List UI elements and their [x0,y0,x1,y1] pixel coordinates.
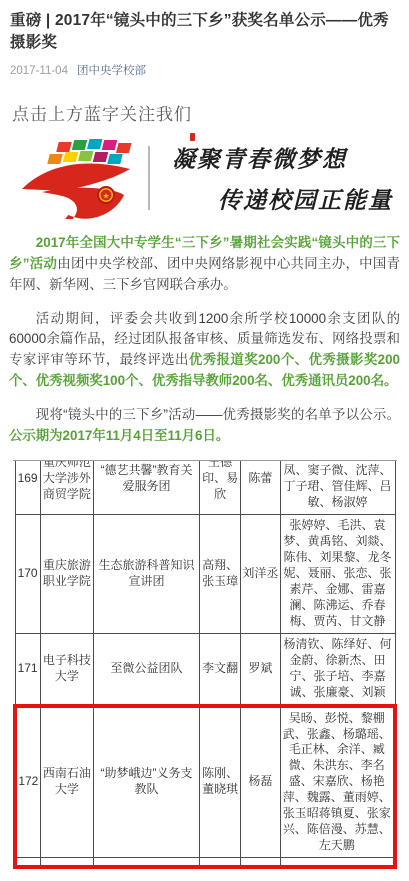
article-title: 重磅 | 2017年“镜头中的三下乡”获奖名单公示——优秀摄影奖 [10,10,399,53]
cell-leaders: 高翔、张玉璋 [199,515,240,634]
cell-school: 重庆旅游职业学院 [40,515,93,634]
cell-team: 生态旅游科普知识宣讲团 [94,515,200,634]
cell-no: 169 [15,460,40,514]
cell-team: 至微公益团队 [94,633,200,705]
slogan-line-2: 传递校园正能量 [160,182,395,215]
cell-team: “德艺共馨”教育关爱服务团 [94,460,200,514]
cell-school: 西南石油大学 [40,706,93,858]
cell-teacher: 杨磊 [241,706,280,858]
table-row-170: 170 重庆旅游职业学院 生态旅游科普知识宣讲团 高翔、张玉璋 刘洋丞 张婷婷、… [15,515,395,634]
cell-members: 杨清钦、陈绎好、何金蔚、徐新杰、田宁、张子培、李嘉诚、张廉豪、刘颖 [280,633,395,705]
slogan-line-1: 凝聚青春微梦想 [160,141,395,174]
cell-leaders: 陈刚、董晓琪 [199,706,240,858]
table-row-171: 171 电子科技大学 至微公益团队 李文翻 罗斌 杨清钦、陈绎好、何金蔚、徐新杰… [15,633,395,705]
cell-school: 重庆师范大学涉外商贸学院 [40,460,93,514]
seal-dot [190,133,195,141]
cell-teacher: 刘洋丞 [241,515,280,634]
youth-league-logo-icon: ★ [18,137,140,219]
follow-hint-text: 点击上方蓝字关注我们 [12,100,399,125]
cell-members: 张婷婷、毛洪、袁梦、黄禹铭、刘燚、陈伟、刘果黎、龙冬妮、聂丽、张恋、张素芹、金娜… [280,515,395,634]
publish-date: 2017-11-04 [10,65,68,77]
table-row-172-highlighted: 172 西南石油大学 “助梦峨边”义务支教队 陈刚、董晓琪 杨磊 吴旸、彭悦、黎… [15,706,395,858]
banner-slogan: 凝聚青春微梦想 传递校园正能量 [160,141,395,215]
cell-no: 172 [15,706,40,858]
notice-plain: 现将“镜头中的三下乡”活动——优秀摄影奖的名单予以公示。 [36,407,400,422]
cell-leaders: 李文翻 [199,633,240,705]
cell-members: 吴旸、彭悦、黎棚武、张鑫、杨璐瑶、毛正林、余洋、臧微、朱洪东、李名盛、宋嘉欣、杨… [280,706,395,858]
cell-teacher: 罗斌 [241,633,280,705]
article-meta: 2017-11-04团中央学校部 [10,62,399,78]
notice-period-highlight: 公示期为2017年11月4日至11月6日。 [9,428,229,443]
cell-no: 171 [15,633,40,705]
cell-no: 170 [15,515,40,634]
cell-leaders: 王德印、易欣 [199,460,240,514]
svg-text:★: ★ [102,192,109,201]
paragraph-intro: 2017年全国大中专学生“三下乡”暑期社会实践“镜头中的三下乡”活动由团中央学校… [9,233,400,295]
cell-members: 杨田利、黄睿、谢闽凤、窦子微、沈萍、丁子珺、管佳辉、吕敏、杨淑婷 [280,460,395,514]
banner-image[interactable]: ★ 凝聚青春微梦想 传递校园正能量 [18,135,395,221]
cell-team: “助梦峨边”义务支教队 [94,706,200,858]
intro-rest: 由团中央学校部、团中央网络影视中心共同主办，中国青年网、新华网、三下乡官网联合承… [9,256,400,292]
paragraph-process: 活动期间，评委会共收到1200余所学校10000余支团队的60000余篇作品，经… [9,309,400,392]
banner-divider [148,146,150,210]
cell-teacher: 陈蕾 [241,460,280,514]
paragraph-notice: 现将“镜头中的三下乡”活动——优秀摄影奖的名单予以公示。公示期为2017年11月… [9,405,400,447]
award-table: 169 重庆师范大学涉外商贸学院 “德艺共馨”教育关爱服务团 王德印、易欣 陈蕾… [13,460,397,869]
table-row-169: 169 重庆师范大学涉外商贸学院 “德艺共馨”教育关爱服务团 王德印、易欣 陈蕾… [15,460,395,514]
award-table-container: 169 重庆师范大学涉外商贸学院 “德艺共馨”教育关爱服务团 王德印、易欣 陈蕾… [13,460,397,869]
table-row-next-clipped [15,858,395,868]
article-page: 重磅 | 2017年“镜头中的三下乡”获奖名单公示——优秀摄影奖 2017-11… [0,0,409,881]
account-link[interactable]: 团中央学校部 [77,65,146,77]
cell-school: 电子科技大学 [40,633,93,705]
